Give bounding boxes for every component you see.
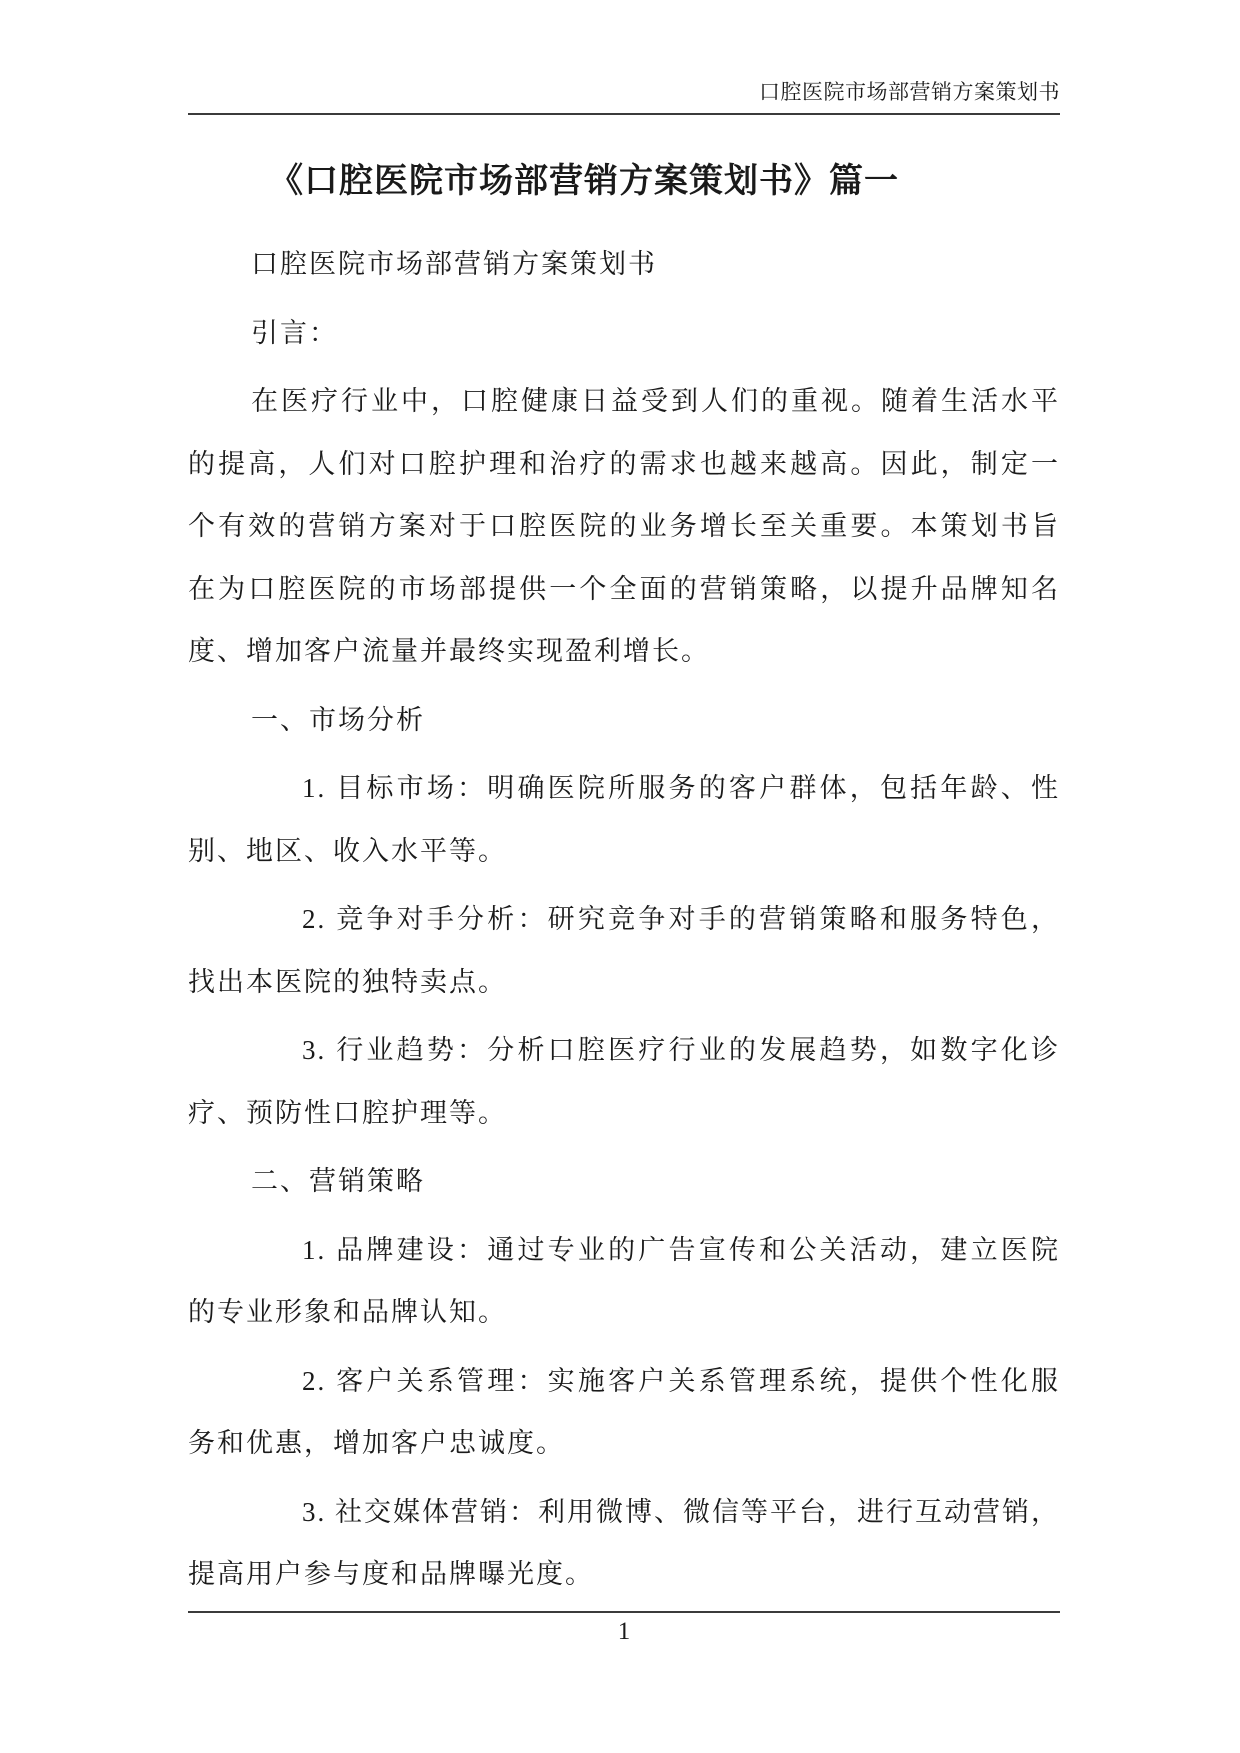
text-line: 提高用户参与度和品牌曝光度。: [188, 1543, 1060, 1606]
text-line: 在为口腔医院的市场部提供一个全面的营销策略，以提升品牌知名: [188, 558, 1060, 621]
paragraph: 3. 行业趋势：分析口腔医疗行业的发展趋势，如数字化诊疗、预防性口腔护理等。: [188, 1019, 1060, 1144]
text-line: 口腔医院市场部营销方案策划书: [188, 233, 1060, 296]
text-line: 1. 品牌建设：通过专业的广告宣传和公关活动，建立医院: [188, 1219, 1060, 1282]
text-line: 3. 行业趋势：分析口腔医疗行业的发展趋势，如数字化诊: [188, 1019, 1060, 1082]
text-line: 一、市场分析: [188, 689, 1060, 752]
text-line: 2. 竞争对手分析：研究竞争对手的营销策略和服务特色，: [188, 888, 1060, 951]
header-rule: [188, 113, 1060, 115]
text-line: 度、增加客户流量并最终实现盈利增长。: [188, 620, 1060, 683]
text-line: 2. 客户关系管理：实施客户关系管理系统，提供个性化服: [188, 1350, 1060, 1413]
paragraph: 2. 竞争对手分析：研究竞争对手的营销策略和服务特色，找出本医院的独特卖点。: [188, 888, 1060, 1013]
text-line: 个有效的营销方案对于口腔医院的业务增长至关重要。本策划书旨: [188, 495, 1060, 558]
text-line: 引言：: [188, 302, 1060, 365]
paragraph: 3. 社交媒体营销：利用微博、微信等平台，进行互动营销，提高用户参与度和品牌曝光…: [188, 1481, 1060, 1606]
paragraph: 引言：: [188, 302, 1060, 365]
document-body: 口腔医院市场部营销方案策划书引言：在医疗行业中，口腔健康日益受到人们的重视。随着…: [188, 233, 1060, 1606]
paragraph: 2. 客户关系管理：实施客户关系管理系统，提供个性化服务和优惠，增加客户忠诚度。: [188, 1350, 1060, 1475]
page-number: 1: [188, 1617, 1060, 1647]
text-line: 的提高，人们对口腔护理和治疗的需求也越来越高。因此，制定一: [188, 433, 1060, 496]
text-line: 务和优惠，增加客户忠诚度。: [188, 1412, 1060, 1475]
text-line: 疗、预防性口腔护理等。: [188, 1082, 1060, 1145]
page-header-text: 口腔医院市场部营销方案策划书: [188, 0, 1060, 104]
text-line: 二、营销策略: [188, 1150, 1060, 1213]
page-footer: 1: [188, 1611, 1060, 1647]
paragraph: 口腔医院市场部营销方案策划书: [188, 233, 1060, 296]
paragraph: 1. 目标市场：明确医院所服务的客户群体，包括年龄、性别、地区、收入水平等。: [188, 757, 1060, 882]
paragraph: 一、市场分析: [188, 689, 1060, 752]
page-title: 《口腔医院市场部营销方案策划书》篇一: [269, 157, 1060, 207]
text-line: 3. 社交媒体营销：利用微博、微信等平台，进行互动营销，: [188, 1481, 1060, 1544]
paragraph: 在医疗行业中，口腔健康日益受到人们的重视。随着生活水平的提高，人们对口腔护理和治…: [188, 370, 1060, 683]
document-page: 口腔医院市场部营销方案策划书 《口腔医院市场部营销方案策划书》篇一 口腔医院市场…: [0, 0, 1240, 1753]
text-line: 1. 目标市场：明确医院所服务的客户群体，包括年龄、性: [188, 757, 1060, 820]
footer-rule: [188, 1611, 1060, 1613]
text-line: 找出本医院的独特卖点。: [188, 951, 1060, 1014]
paragraph: 1. 品牌建设：通过专业的广告宣传和公关活动，建立医院的专业形象和品牌认知。: [188, 1219, 1060, 1344]
paragraph: 二、营销策略: [188, 1150, 1060, 1213]
text-line: 在医疗行业中，口腔健康日益受到人们的重视。随着生活水平: [188, 370, 1060, 433]
text-line: 的专业形象和品牌认知。: [188, 1281, 1060, 1344]
text-line: 别、地区、收入水平等。: [188, 820, 1060, 883]
